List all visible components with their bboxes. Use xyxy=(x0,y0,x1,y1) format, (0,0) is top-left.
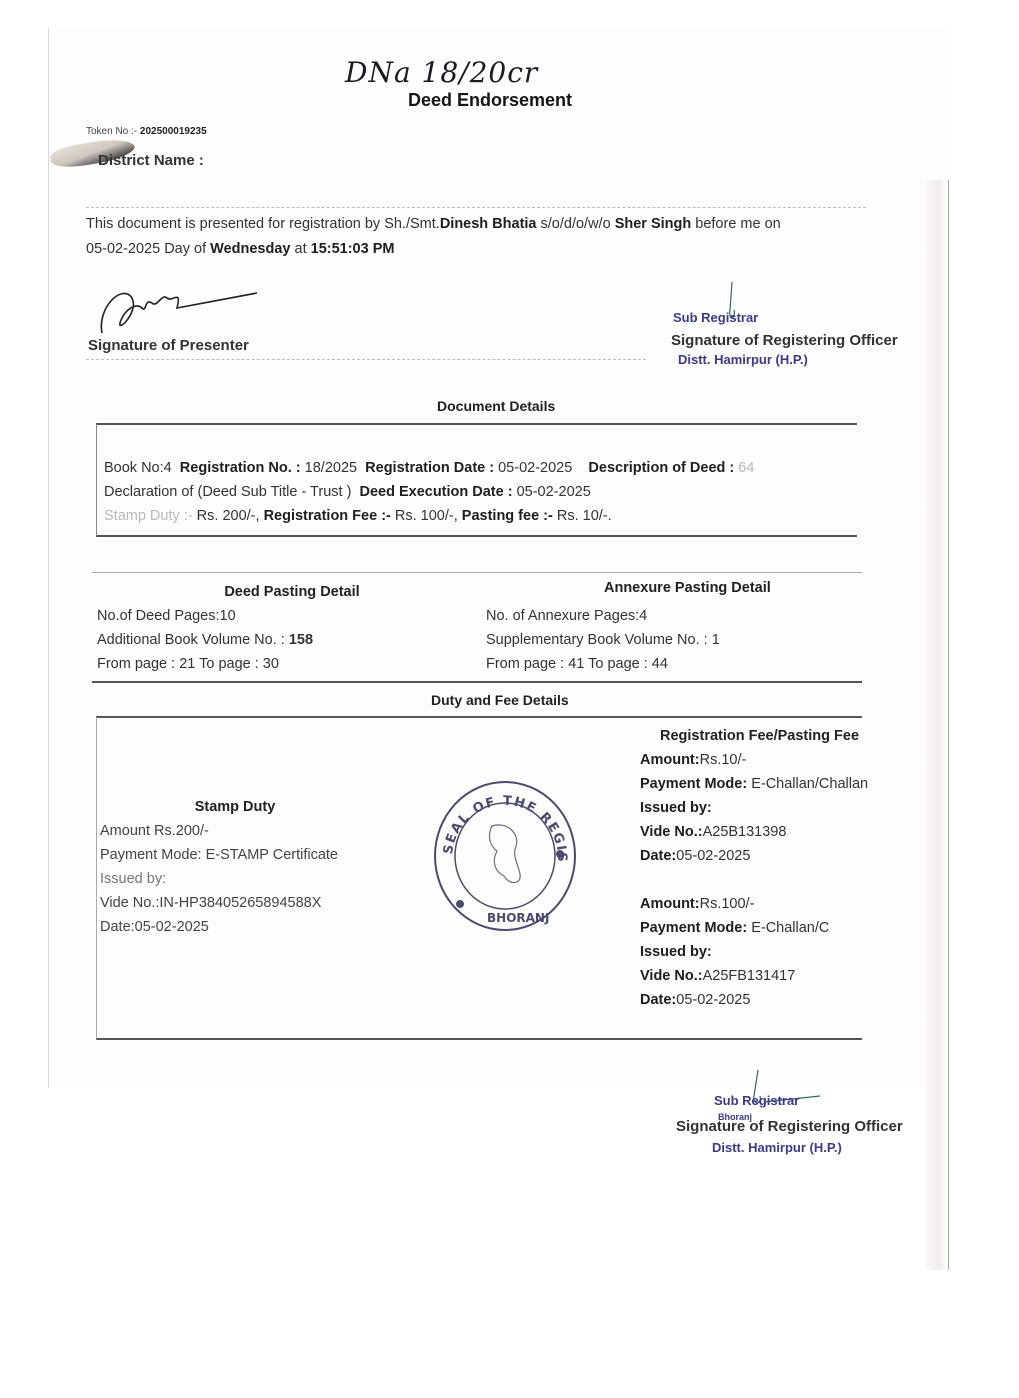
annexure-pages: 4 xyxy=(639,608,647,624)
divider xyxy=(86,207,866,208)
deed-description: Declaration of (Deed Sub Title - Trust ) xyxy=(104,484,351,500)
document-details-content: Book No:4 Registration No. : 18/2025 Reg… xyxy=(104,456,864,528)
deed-pasting-heading: Deed Pasting Detail xyxy=(97,580,487,604)
annexure-pasting-heading: Annexure Pasting Detail xyxy=(486,576,906,600)
book-no: 4 xyxy=(164,460,172,476)
svg-text:SEAL OF THE REGISTRAR: SEAL OF THE REGISTRAR xyxy=(432,776,569,863)
presenter-signature-label: Signature of Presenter xyxy=(88,337,249,354)
registration-date: 05-02-2025 xyxy=(498,460,572,476)
pasting-fee-amount: Rs. 10/-. xyxy=(557,508,612,524)
token-value: 202500019235 xyxy=(140,126,207,137)
document-details-heading: Document Details xyxy=(437,398,555,414)
token-label: Token No :- xyxy=(86,126,137,137)
fee-entry-2: Amount:Rs.100/- Payment Mode: E-Challan/… xyxy=(640,892,910,1012)
annexure-pasting-detail: Annexure Pasting Detail No. of Annexure … xyxy=(486,576,906,676)
footer-district-stamp: Distt. Hamirpur (H.P.) xyxy=(712,1140,842,1155)
stamp-duty-payment-mode: Payment Mode: E-STAMP Certificate xyxy=(100,843,400,867)
footer-registering-officer-label: Signature of Registering Officer xyxy=(676,1118,903,1135)
stamp-duty-amount-line: Amount Rs.200/- xyxy=(100,819,400,843)
stamp-duty-amount: Rs. 200/-, xyxy=(197,508,260,524)
deed-pasting-detail: Deed Pasting Detail No.of Deed Pages:10 … xyxy=(97,580,487,676)
presenter-name: Dinesh Bhatia xyxy=(440,216,537,232)
stamp-duty-detail: Stamp Duty Amount Rs.200/- Payment Mode:… xyxy=(100,795,400,939)
svg-text:BHORANJ: BHORANJ xyxy=(487,911,549,925)
description-code: 64 xyxy=(738,460,754,476)
registration-fee-amount: Rs. 100/-, xyxy=(395,508,458,524)
page-edge-shadow xyxy=(926,180,949,1270)
supplementary-volume: 1 xyxy=(712,632,720,648)
additional-volume: 158 xyxy=(289,632,313,648)
page-title: Deed Endorsement xyxy=(408,90,572,111)
registration-fee-detail: Registration Fee/Pasting Fee Amount:Rs.1… xyxy=(640,724,910,1012)
registration-fee-heading: Registration Fee/Pasting Fee xyxy=(640,724,910,748)
stamp-duty-heading: Stamp Duty xyxy=(100,795,400,819)
registrar-seal-icon: SEAL OF THE REGISTRAR BHORANJ xyxy=(432,776,578,932)
presentation-time: 15:51:03 PM xyxy=(311,241,395,257)
presentation-date: 05-02-2025 xyxy=(86,241,160,257)
footer-sub-registrar-stamp: Sub Registrar xyxy=(714,1093,799,1108)
stamp-duty-date: Date:05-02-2025 xyxy=(100,915,400,939)
deed-page-range: From page : 21 To page : 30 xyxy=(97,652,487,676)
relative-name: Sher Singh xyxy=(615,216,692,232)
stamp-duty-issued-by: Issued by: xyxy=(100,867,400,891)
district-stamp: Distt. Hamirpur (H.P.) xyxy=(678,352,808,367)
presentation-day: Wednesday xyxy=(210,241,290,257)
token-number: Token No :- 202500019235 xyxy=(86,126,207,137)
sub-registrar-stamp: Sub Registrar xyxy=(673,310,758,325)
execution-date: 05-02-2025 xyxy=(517,484,591,500)
registering-officer-signature-label: Signature of Registering Officer xyxy=(671,332,898,349)
registration-no: 18/2025 xyxy=(305,460,357,476)
annexure-page-range: From page : 41 To page : 44 xyxy=(486,652,906,676)
deed-pages: 10 xyxy=(220,608,236,624)
presentation-statement: This document is presented for registrat… xyxy=(86,212,876,262)
district-name: District Name : xyxy=(98,152,204,169)
fee-entry-1: Amount:Rs.10/- Payment Mode: E-Challan/C… xyxy=(640,748,910,868)
divider xyxy=(86,359,646,360)
duty-fee-heading: Duty and Fee Details xyxy=(431,692,569,708)
stamp-duty-vide-no: Vide No.:IN-HP38405265894588X xyxy=(100,891,400,915)
handwritten-note: DNa 18/20cr xyxy=(345,56,538,89)
